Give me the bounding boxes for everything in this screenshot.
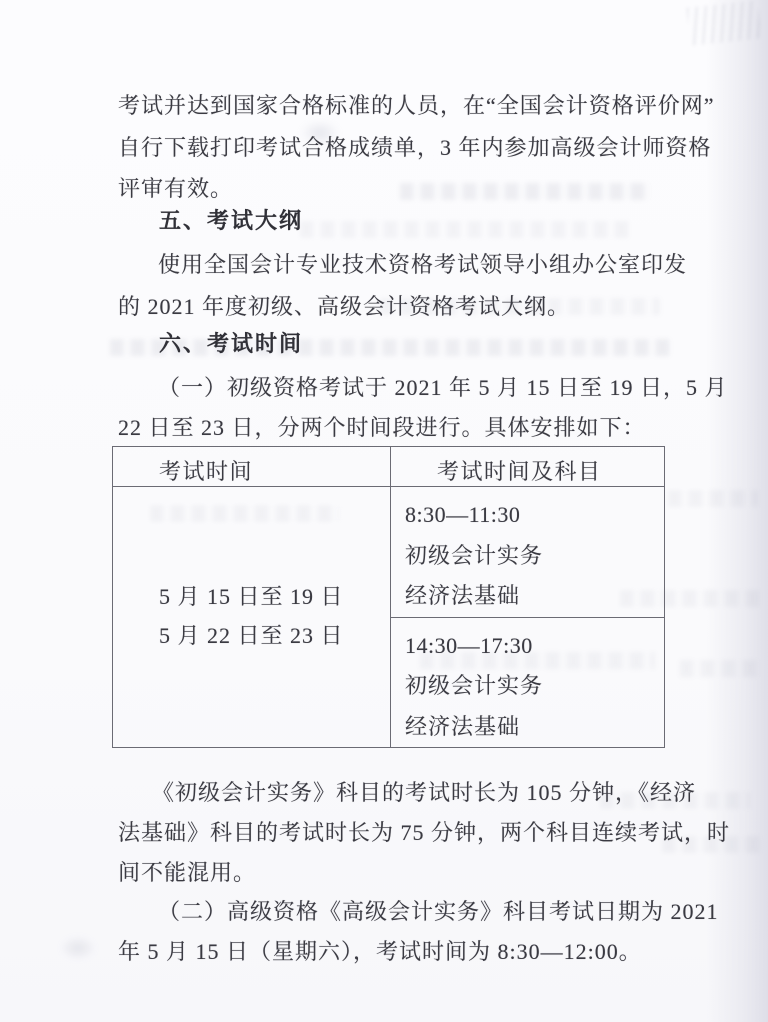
paragraph-line: （二）高级资格《高级会计实务》科目考试日期为 2021 (158, 899, 719, 925)
paragraph-line: 自行下载打印考试合格成绩单，3 年内参加高级会计师资格 (118, 135, 712, 161)
column-header-time-subjects: 考试时间及科目 (391, 447, 665, 487)
paragraph-line: 法基础》科目的考试时长为 75 分钟，两个科目连续考试，时 (118, 820, 730, 846)
exam-schedule-table: 考试时间 考试时间及科目 5 月 15 日至 19 日 5 月 22 日至 23… (112, 446, 665, 748)
table-header-row: 考试时间 考试时间及科目 (113, 447, 665, 487)
session-subject: 经济法基础 (405, 576, 664, 617)
exam-dates-cell: 5 月 15 日至 19 日 5 月 22 日至 23 日 (113, 487, 391, 748)
session-subject: 初级会计实务 (405, 536, 664, 577)
session-time: 14:30—17:30 (405, 626, 664, 667)
morning-session-cell: 8:30—11:30 初级会计实务 经济法基础 (391, 487, 665, 618)
scan-artifact-corner (686, 0, 762, 45)
session-time: 8:30—11:30 (405, 495, 664, 536)
paragraph-line: （一）初级资格考试于 2021 年 5 月 15 日至 19 日，5 月 (158, 375, 728, 401)
scanned-document-page: 考试并达到国家合格标准的人员，在“全国会计资格评价网” 自行下载打印考试合格成绩… (0, 0, 768, 1022)
bleed-through-text (400, 183, 650, 200)
bleed-through-text (300, 221, 630, 238)
exam-date-range: 5 月 15 日至 19 日 (159, 577, 390, 616)
exam-date-range: 5 月 22 日至 23 日 (159, 616, 390, 655)
paragraph-line: 《初级会计实务》科目的考试时长为 105 分钟，《经济 (152, 780, 696, 806)
session-subject: 初级会计实务 (405, 666, 664, 707)
paragraph-line: 评审有效。 (118, 176, 233, 202)
section-heading-exam-syllabus: 五、考试大纲 (159, 209, 303, 235)
bleed-through-text (668, 490, 758, 507)
paragraph-line: 使用全国会计专业技术资格考试领导小组办公室印发 (158, 252, 687, 278)
afternoon-session-cell: 14:30—17:30 初级会计实务 经济法基础 (391, 617, 665, 748)
paragraph-line: 年 5 月 15 日（星期六），考试时间为 8:30—12:00。 (118, 939, 642, 965)
paper-smudge (60, 936, 96, 960)
paragraph-line: 的 2021 年度初级、高级会计资格考试大纲。 (118, 294, 570, 320)
session-subject: 经济法基础 (405, 707, 664, 748)
table-row: 5 月 15 日至 19 日 5 月 22 日至 23 日 8:30—11:30… (113, 487, 665, 618)
paragraph-line: 22 日至 23 日，分两个时间段进行。具体安排如下： (118, 415, 646, 441)
column-header-exam-date: 考试时间 (113, 447, 391, 487)
paragraph-line: 考试并达到国家合格标准的人员，在“全国会计资格评价网” (118, 93, 715, 119)
bleed-through-text (680, 660, 760, 677)
section-heading-exam-time: 六、考试时间 (159, 332, 303, 358)
paragraph-line: 间不能混用。 (118, 860, 256, 886)
